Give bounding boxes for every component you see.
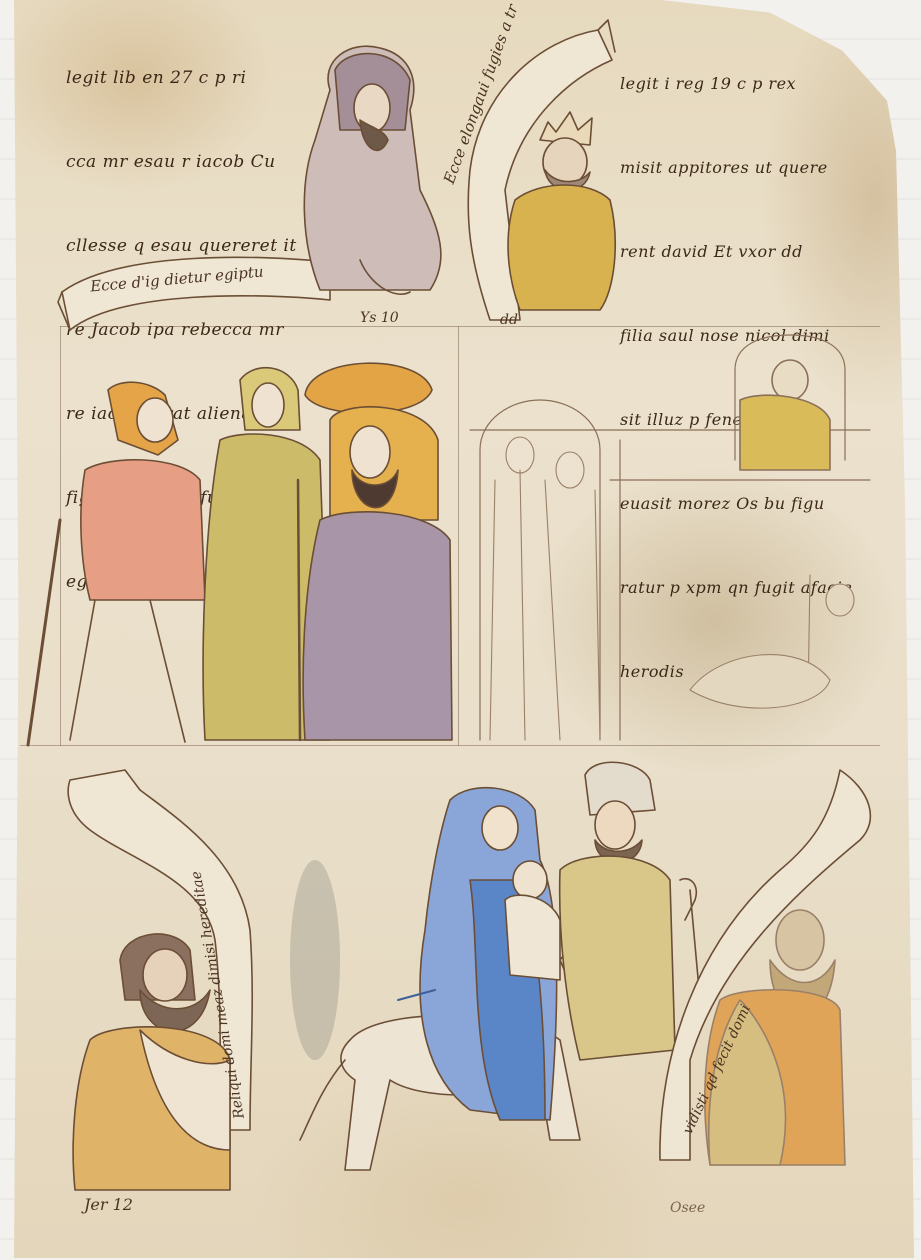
ref-label-top-center: Ys 10: [360, 310, 399, 326]
figure-descending-rope: [690, 575, 854, 708]
ref-label-top-right: dd: [500, 312, 518, 328]
ref-label-bottom-left: Jer 12: [84, 1195, 133, 1214]
david-in-window: [740, 360, 830, 470]
grey-smudge: [290, 860, 340, 1060]
traveller-red-tunic: [28, 382, 205, 745]
prophet-hooded-figure: [304, 46, 441, 294]
crowned-king-figure: [508, 112, 615, 310]
illustration-layer: [0, 0, 921, 1260]
joseph-figure: [560, 762, 700, 1060]
ref-label-bottom-right: Osee: [670, 1200, 705, 1216]
jacob-purple-robe: [298, 363, 452, 740]
faint-guards: [490, 437, 600, 740]
christ-child: [505, 861, 560, 980]
